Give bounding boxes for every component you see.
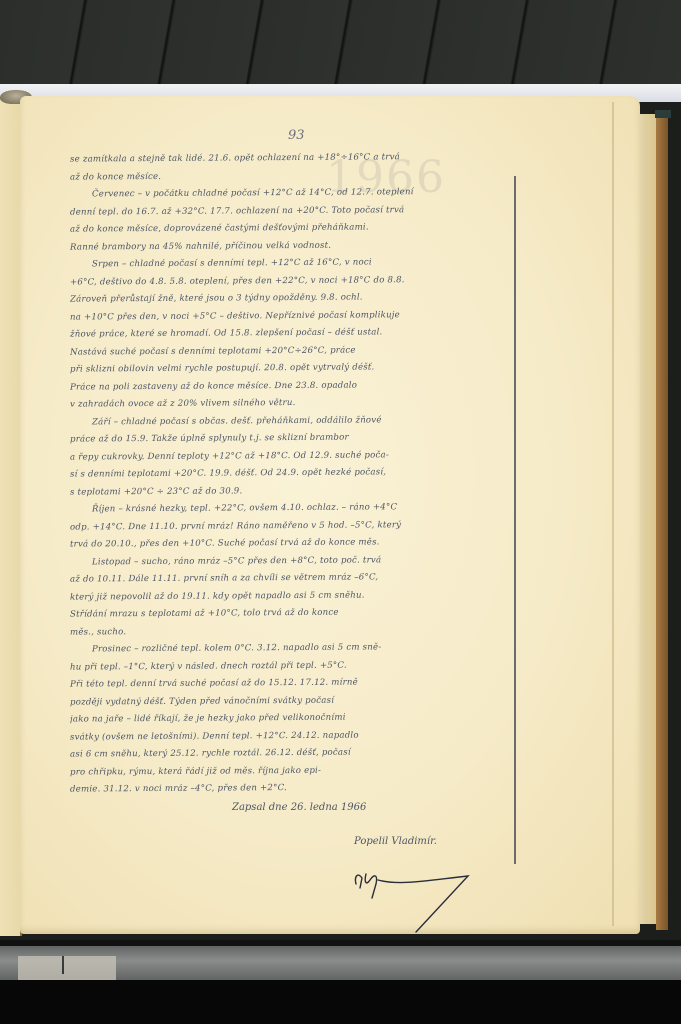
shelf-label-tab: [18, 956, 116, 980]
book-cover-edge: [656, 118, 668, 930]
left-page-edge: [0, 96, 22, 936]
dark-floor: [0, 980, 681, 1024]
text-line: demie. 31.12. v noci mráz –4°C, přes den…: [70, 778, 518, 799]
signature-icon: [350, 864, 480, 934]
closing-date-line: Zapsal dne 26. ledna 1966: [232, 802, 366, 813]
page-number: 93: [288, 128, 305, 143]
signer-name: Popelil Vladimír.: [354, 836, 437, 847]
cover-corner: [655, 110, 671, 118]
dark-background: [0, 0, 681, 86]
handwritten-text: se zamítkala a stejně tak lidé. 21.6. op…: [70, 150, 518, 798]
page-fold-line: [612, 102, 614, 926]
